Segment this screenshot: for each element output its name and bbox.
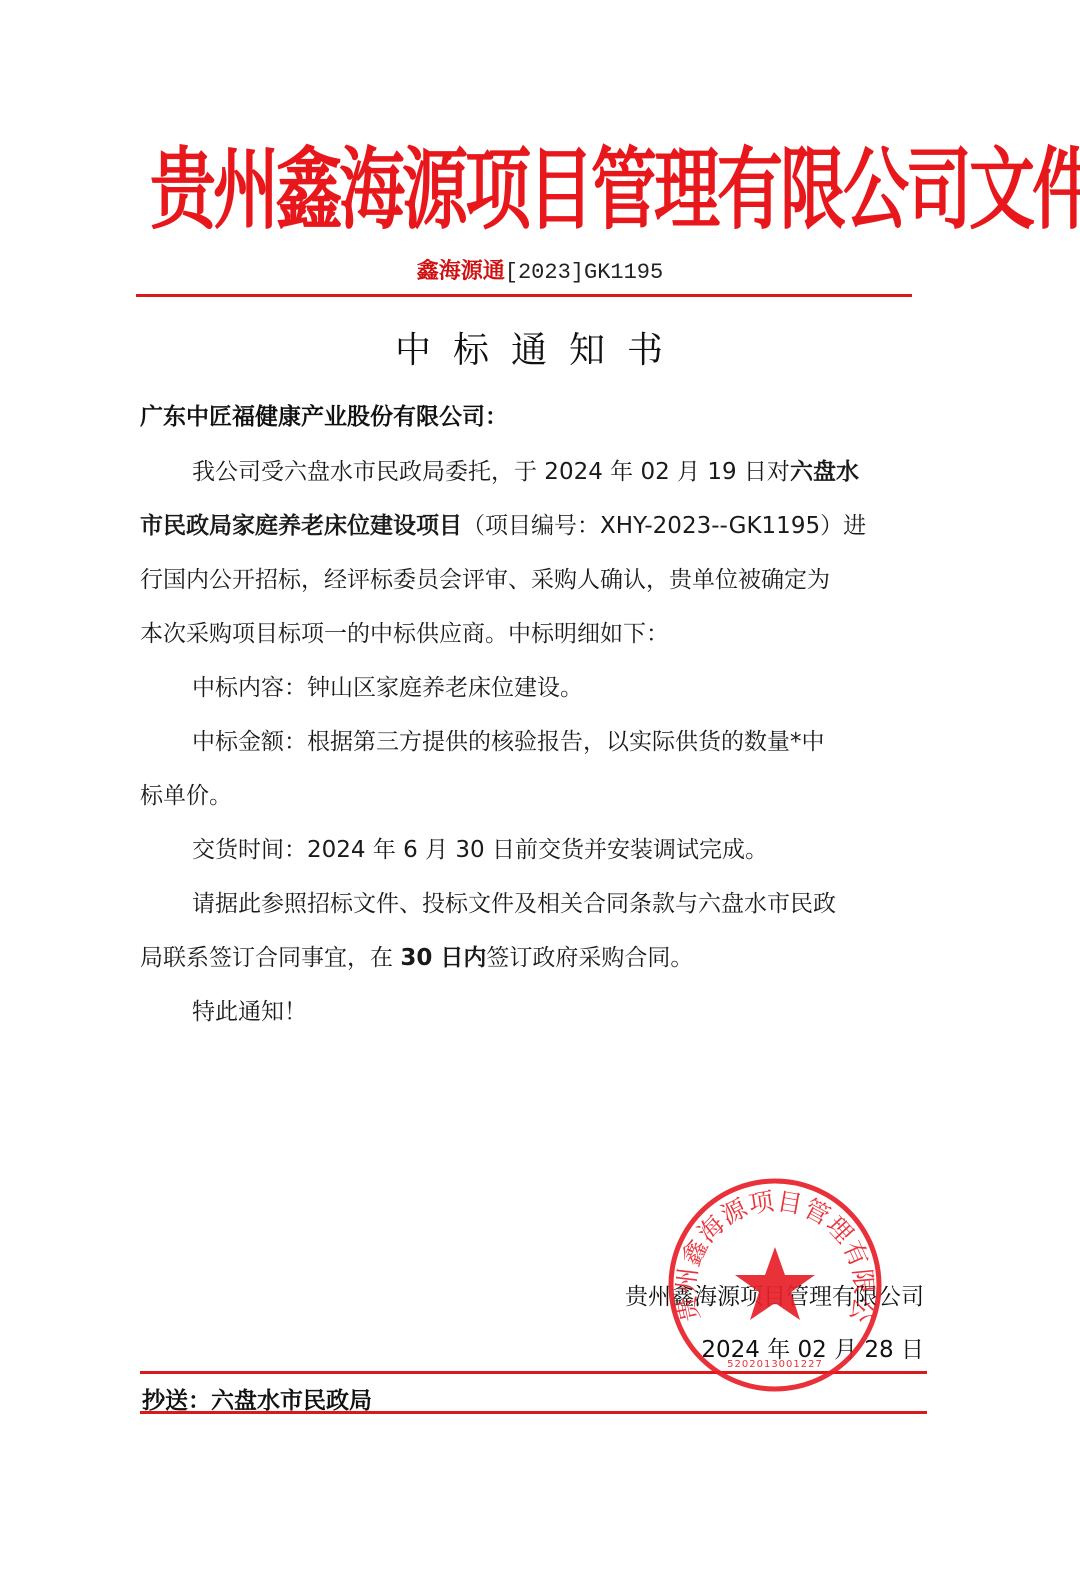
bid-amount: 中标金额：根据第三方提供的核验报告，以实际供货的数量*中 [140, 715, 930, 769]
contract-text: 局联系签订合同事宜，在 [140, 945, 400, 971]
footer-divider-bottom [140, 1411, 927, 1414]
bid-amount-cont: 标单价。 [140, 769, 930, 823]
closing-text: 特此通知！ [140, 985, 930, 1039]
project-name-bold: 六盘水 [790, 459, 859, 485]
delivery-time: 交货时间：2024 年 6 月 30 日前交货并安装调试完成。 [140, 823, 930, 877]
contract-text: 签订政府采购合同。 [486, 945, 693, 971]
letterhead-title: 贵州鑫海源项目管理有限公司文件 [150, 118, 930, 246]
addressee: 广东中匠福健康产业股份有限公司： [140, 398, 508, 431]
company-seal-icon: 贵州鑫海源项目管理有限公司 5202013001227 [665, 1175, 885, 1395]
project-name-bold: 市民政局家庭养老床位建设项目 [140, 513, 462, 539]
doc-number-prefix: 鑫海源通 [417, 258, 505, 284]
header-divider [136, 294, 912, 297]
body-text: 我公司受六盘水市民政局委托，于 2024 年 02 月 19 日对 [192, 459, 790, 485]
body-line-2: 市民政局家庭养老床位建设项目（项目编号：XHY-2023--GK1195）进 [140, 499, 930, 553]
svg-text:5202013001227: 5202013001227 [727, 1359, 823, 1370]
contract-instruction-cont: 局联系签订合同事宜，在 30 日内签订政府采购合同。 [140, 931, 930, 985]
body-line-3: 行国内公开招标，经评标委员会评审、采购人确认，贵单位被确定为 [140, 553, 930, 607]
body-paragraph: 我公司受六盘水市民政局委托，于 2024 年 02 月 19 日对六盘水 市民政… [140, 445, 930, 1039]
document-number: 鑫海源通[2023]GK1195 [0, 254, 1080, 285]
body-line-4: 本次采购项目标项一的中标供应商。中标明细如下： [140, 607, 930, 661]
bid-content: 中标内容：钟山区家庭养老床位建设。 [140, 661, 930, 715]
project-number: （项目编号：XHY-2023--GK1195）进 [462, 513, 866, 539]
body-line-1: 我公司受六盘水市民政局委托，于 2024 年 02 月 19 日对六盘水 [140, 445, 930, 499]
notice-title: 中标通知书 [0, 322, 1080, 373]
doc-number-code: [2023]GK1195 [505, 260, 663, 285]
contract-instruction: 请据此参照招标文件、投标文件及相关合同条款与六盘水市民政 [140, 877, 930, 931]
contract-deadline: 30 日内 [400, 945, 486, 971]
